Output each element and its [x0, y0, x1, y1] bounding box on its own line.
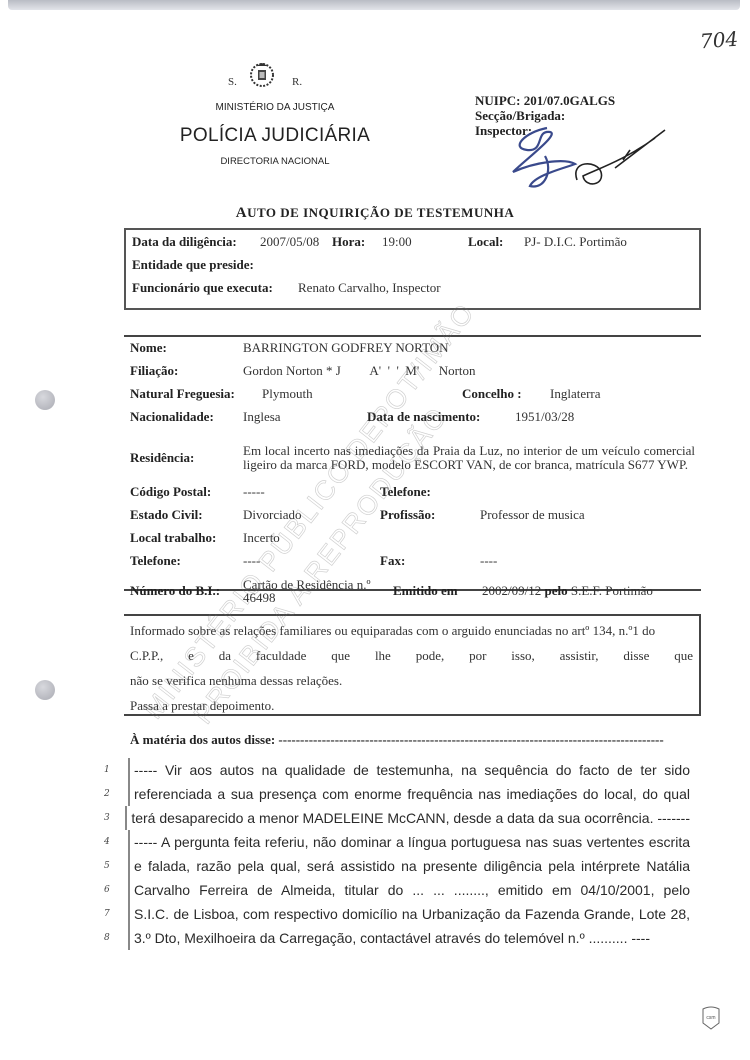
- testimony-heading: À matéria dos autos disse: -------------…: [130, 732, 664, 748]
- nuipc: NUIPC: 201/07.0GALGS: [475, 93, 615, 108]
- svg-text:csm: csm: [706, 1015, 715, 1021]
- line-number: 6: [100, 885, 128, 895]
- testimony-line: 6Carvalho Ferreira de Almeida, titular d…: [100, 878, 690, 902]
- line-number: 8: [100, 933, 128, 943]
- line-text: ----- A pergunta feita referiu, não domi…: [128, 830, 690, 854]
- stamp-icon: csm: [700, 1005, 722, 1031]
- sr-left: S.: [228, 76, 237, 88]
- line-text: e falada, razão pela qual, será assistid…: [128, 854, 690, 878]
- testimony-body: 1----- Vir aos autos na qualidade de tes…: [100, 758, 690, 950]
- document-title: AUTO DE INQUIRIÇÃO DE TESTEMUNHA: [0, 205, 750, 222]
- ministry-name: MINISTÉRIO DA JUSTIÇA: [175, 102, 375, 113]
- punch-hole: [35, 680, 55, 700]
- scan-edge: [8, 0, 740, 10]
- directorate-name: DIRECTORIA NACIONAL: [175, 156, 375, 167]
- coat-of-arms-icon: [247, 60, 277, 90]
- testimony-line: 3terá desaparecido a menor MADELEINE McC…: [100, 806, 690, 830]
- line-number: 3: [100, 813, 125, 823]
- line-number: 5: [100, 861, 128, 871]
- line-text: S.I.C. de Lisboa, com respectivo domicíl…: [128, 902, 690, 926]
- diligence-box: Data da diligência: 2007/05/08 Hora: 19:…: [124, 228, 701, 310]
- line-number: 1: [100, 765, 128, 775]
- line-number: 7: [100, 909, 128, 919]
- punch-hole: [35, 390, 55, 410]
- line-text: referenciada a sua presença com enorme f…: [128, 782, 690, 806]
- testimony-line: 4----- A pergunta feita referiu, não dom…: [100, 830, 690, 854]
- line-text: ----- Vir aos autos na qualidade de test…: [128, 758, 690, 782]
- sr-right: R.: [292, 76, 302, 88]
- agency-name: POLÍCIA JUDICIÁRIA: [175, 125, 375, 147]
- testimony-line: 1----- Vir aos autos na qualidade de tes…: [100, 758, 690, 782]
- testimony-line: 2referenciada a sua presença com enorme …: [100, 782, 690, 806]
- line-number: 2: [100, 789, 128, 799]
- page-number: 704: [699, 27, 739, 54]
- testimony-line: 83.º Dto, Mexilhoeira da Carregação, con…: [100, 926, 690, 950]
- line-number: 4: [100, 837, 128, 847]
- line-text: terá desaparecido a menor MADELEINE McCA…: [125, 806, 690, 830]
- signature-icon: [505, 120, 675, 195]
- testimony-line: 5e falada, razão pela qual, será assisti…: [100, 854, 690, 878]
- testimony-line: 7S.I.C. de Lisboa, com respectivo domicí…: [100, 902, 690, 926]
- line-text: Carvalho Ferreira de Almeida, titular do…: [128, 878, 690, 902]
- agency-header: S. R. MINISTÉRIO DA JUSTIÇA POLÍCIA JUDI…: [175, 58, 375, 167]
- line-text: 3.º Dto, Mexilhoeira da Carregação, cont…: [128, 926, 690, 950]
